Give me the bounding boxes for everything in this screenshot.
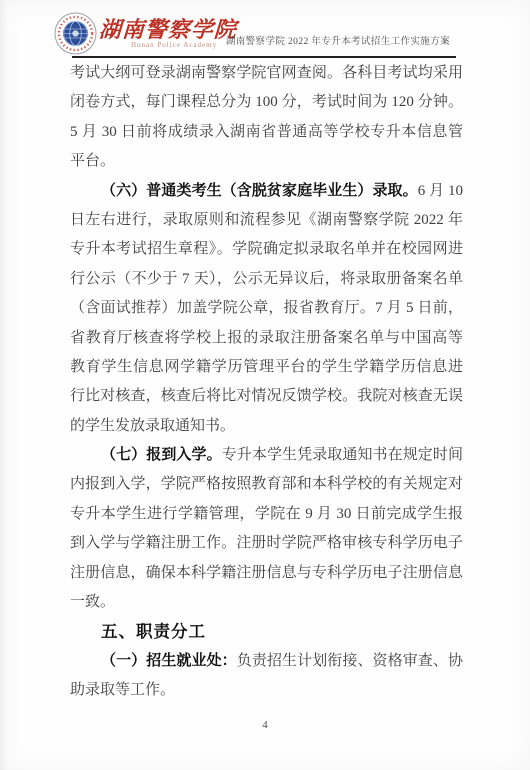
logo-title: 湖南警察学院: [98, 13, 238, 44]
line-text: 省教育厅核查将学校上报的录取注册备案名单与中国高等: [70, 330, 463, 346]
body-line: （含面试推荐）加盖学院公章，报省教育厅。7 月 5 日前，: [70, 294, 463, 323]
body-line: 平台。: [70, 147, 463, 176]
header-caption: 湖南警察学院 2022 年专升本考试招生工作实施方案: [226, 33, 450, 47]
bold-lead: （一）招生就业处：: [101, 653, 237, 669]
body-line: 专升本学生进行学籍管理，学院在 9 月 30 日前完成学生报: [70, 500, 463, 529]
line-text: 行公示（不少于 7 天），公示无异议后，将录取册备案名单: [70, 271, 463, 287]
document-page: 湖南警察学院 Hunan Police Academy 湖南警察学院 2022 …: [0, 0, 530, 770]
body-line: 省教育厅核查将学校上报的录取注册备案名单与中国高等: [70, 324, 463, 353]
line-text: 6 月 10: [418, 183, 463, 199]
header-rule: [72, 56, 456, 58]
line-text: 的学生发放录取通知书。: [70, 418, 235, 434]
bold-lead: （六）普通类考生（含脱贫家庭毕业生）录取。: [101, 183, 418, 199]
line-text: 负责招生计划衔接、资格审查、协: [237, 653, 463, 669]
line-text: 考试大纲可登录湖南警察学院官网查阅。各科目考试均采用: [70, 65, 463, 81]
line-text: 专升本学生凭录取通知书在规定时间: [222, 447, 463, 463]
line-text: 行比对核查，核查后将比对情况反馈学校。我院对核查无误: [70, 388, 463, 404]
line-text: 专升本考试招生章程》。学院确定拟录取名单并在校园网进: [70, 241, 463, 257]
body-line: 行公示（不少于 7 天），公示无异议后，将录取册备案名单: [70, 265, 463, 294]
body-line: 助录取等工作。: [70, 676, 463, 705]
school-emblem-icon: [54, 12, 97, 55]
line-text: 日左右进行，录取原则和流程参见《湖南警察学院 2022 年: [70, 212, 463, 228]
page-number: 4: [0, 719, 530, 731]
line-text: 内报到入学，学院严格按照教育部和本科学校的有关规定对: [70, 476, 463, 492]
body-line: 一致。: [70, 588, 463, 617]
body-line: 到入学与学籍注册工作。注册时学院严格审核专科学历电子: [70, 529, 463, 558]
body-line: 行比对核查，核查后将比对情况反馈学校。我院对核查无误: [70, 382, 463, 411]
line-text: 教育学生信息网学籍学历管理平台的学生学籍学历信息进: [70, 359, 463, 375]
body-line: 内报到入学，学院严格按照教育部和本科学校的有关规定对: [70, 470, 463, 499]
line-text: 一致。: [70, 594, 115, 610]
body-line: 5 月 30 日前将成绩录入湖南省普通高等学校专升本信息管理: [70, 118, 463, 147]
line-text: 5 月 30 日前将成绩录入湖南省普通高等学校专升本信息管理: [70, 124, 463, 147]
body-line: （七）报到入学。专升本学生凭录取通知书在规定时间: [70, 441, 463, 470]
body-line: （一）招生就业处：负责招生计划衔接、资格审查、协: [70, 647, 463, 676]
line-text: 助录取等工作。: [70, 682, 175, 698]
line-text: 到入学与学籍注册工作。注册时学院严格审核专科学历电子: [70, 535, 463, 551]
body-line: 教育学生信息网学籍学历管理平台的学生学籍学历信息进: [70, 353, 463, 382]
bold-lead: （七）报到入学。: [101, 447, 222, 463]
body-line: 闭卷方式，每门课程总分为 100 分，考试时间为 120 分钟。: [70, 88, 463, 117]
line-text: 闭卷方式，每门课程总分为 100 分，考试时间为 120 分钟。: [70, 94, 463, 110]
body-line: 的学生发放录取通知书。: [70, 412, 463, 441]
line-text: 专升本学生进行学籍管理，学院在 9 月 30 日前完成学生报: [70, 506, 463, 522]
line-text: 平台。: [70, 153, 115, 169]
body-line: 注册信息，确保本科学籍注册信息与专科学历电子注册信息: [70, 559, 463, 588]
body-line: 考试大纲可登录湖南警察学院官网查阅。各科目考试均采用: [70, 59, 463, 88]
document-body: 考试大纲可登录湖南警察学院官网查阅。各科目考试均采用闭卷方式，每门课程总分为 1…: [70, 59, 463, 706]
body-line: 专升本考试招生章程》。学院确定拟录取名单并在校园网进: [70, 235, 463, 264]
bold-lead: 五、职责分工: [101, 622, 206, 641]
body-line: 日左右进行，录取原则和流程参见《湖南警察学院 2022 年: [70, 206, 463, 235]
emblem-svg: [54, 12, 97, 55]
logo-subtitle: Hunan Police Academy: [131, 41, 217, 49]
line-text: 注册信息，确保本科学籍注册信息与专科学历电子注册信息: [70, 565, 463, 581]
section-heading: 五、职责分工: [70, 617, 463, 646]
line-text: （含面试推荐）加盖学院公章，报省教育厅。7 月 5 日前，: [70, 300, 463, 316]
body-line: （六）普通类考生（含脱贫家庭毕业生）录取。6 月 10: [70, 177, 463, 206]
